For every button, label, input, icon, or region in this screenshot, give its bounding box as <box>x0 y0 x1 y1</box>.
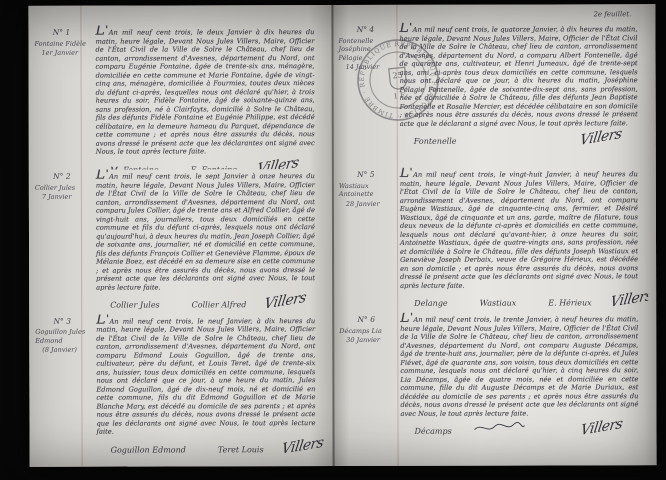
death-record-entry-4: N° 4 Fontenelle Joséphine Pélagie 14 Jan… <box>338 22 647 168</box>
entry-5-body-column: L'An mil neuf cent trois, le vingt-huit … <box>393 167 648 313</box>
register-page-right: 2e feuillet. N° 4 Fontenelle Joséphine P… <box>332 4 656 466</box>
entry-4-signatures: Fontenelle Villers <box>400 129 638 146</box>
right-page-entries: N° 4 Fontenelle Joséphine Pélagie 14 Jan… <box>332 4 656 466</box>
declarant-signature: Goguillon Edmond <box>111 445 186 454</box>
entry-2-margin-name: Collier Jules <box>35 183 89 192</box>
declarant-signature: Fontenelle <box>414 137 457 146</box>
declarant-signature: Collier Jules <box>110 301 160 310</box>
entry-1-act-text: L'An mil neuf cent trois, le deux Janvie… <box>95 25 314 156</box>
entry-4-number: N° 4 <box>338 26 392 35</box>
death-record-entry-2: N° 2 Collier Jules 7 Janvier L'An mil ne… <box>35 169 325 314</box>
register-page-left: N° 1 Fontaine Fidèle 1er Janvier L'An mi… <box>28 5 333 467</box>
officer-signature: Villers <box>263 290 307 313</box>
entry-6-margin: N° 6 Décamps Lia 30 Janvier <box>339 313 393 458</box>
entry-4-margin-name: Fontenelle Joséphine Pélagie <box>338 36 392 62</box>
entry-5-act-text: L'An mil neuf cent trois, le vingt-huit … <box>400 167 638 290</box>
entry-6-margin-name: Décamps Lia <box>339 326 393 335</box>
entry-1-signatures: M. Fontaine E. Fontaine Villers <box>96 158 315 170</box>
entry-2-body-column: L'An mil neuf cent trois, le sept Janvie… <box>89 169 325 314</box>
entry-4-margin: N° 4 Fontenelle Joséphine Pélagie 14 Jan… <box>338 23 392 168</box>
entry-1-margin: N° 1 Fontaine Fidèle 1er Janvier <box>34 26 88 170</box>
death-record-entry-5: N° 5 Wastiaux Antoinette 28 Janvier L'An… <box>339 167 648 313</box>
entry-6-body-column: L'An mil neuf cent trois, le trente Janv… <box>393 312 648 458</box>
register-photograph: N° 1 Fontaine Fidèle 1er Janvier L'An mi… <box>0 0 666 480</box>
death-record-entry-3: N° 3 Goguillon Jules Edmond (8 Janvier) … <box>35 314 325 459</box>
entry-2-signatures: Collier Jules Collier Alfred Villers <box>96 293 315 310</box>
entry-6-signatures: Décamps Villers <box>400 419 638 436</box>
entry-3-margin-date: (8 Janvier) <box>35 346 89 355</box>
declarant-signature: Collier Alfred <box>192 301 247 310</box>
entry-5-number: N° 5 <box>339 171 393 180</box>
death-record-entry-1: N° 1 Fontaine Fidèle 1er Janvier L'An mi… <box>34 25 324 170</box>
entry-4-margin-date: 14 Janvier <box>339 63 393 72</box>
entry-2-margin-date: 7 Janvier <box>35 193 89 202</box>
entry-4-body-column: L'An mil neuf cent trois, le quatorze Ja… <box>392 22 647 168</box>
entry-5-margin-date: 28 Janvier <box>339 199 393 208</box>
entry-1-margin-date: 1er Janvier <box>35 49 89 58</box>
entry-3-margin-name: Goguillon Jules Edmond <box>35 328 89 345</box>
entry-4-act-text: L'An mil neuf cent trois, le quatorze Ja… <box>399 22 637 128</box>
entry-1-number: N° 1 <box>34 29 88 38</box>
entry-6-margin-date: 30 Janvier <box>339 336 393 345</box>
declarant-signature: E. Hérieux <box>548 298 591 307</box>
entry-3-signatures: Goguillon Edmond Teret Louis Villers <box>97 438 316 455</box>
entry-5-margin-name: Wastiaux Antoinette <box>339 181 393 198</box>
declarant-signature: Teret Louis <box>218 445 264 454</box>
declarant-signature: Delange <box>414 299 448 308</box>
left-page-entries: N° 1 Fontaine Fidèle 1er Janvier L'An mi… <box>28 5 333 467</box>
entry-3-body-column: L'An mil neuf cent trois, le neuf Janvie… <box>89 314 325 459</box>
declarant-signature: Wastiaux <box>480 299 517 308</box>
officer-signature: Villers <box>256 154 300 170</box>
entry-6-act-text: L'An mil neuf cent trois, le trente Janv… <box>400 312 638 418</box>
officer-signature: Villers <box>609 288 649 311</box>
declarant-signature: Décamps <box>415 427 452 436</box>
signature-flourish <box>474 422 526 434</box>
entry-2-act-text: L'An mil neuf cent trois, le sept Janvie… <box>96 169 315 292</box>
register-spread: N° 1 Fontaine Fidèle 1er Janvier L'An mi… <box>28 4 656 467</box>
entry-6-number: N° 6 <box>339 316 393 325</box>
officer-signature: Villers <box>580 416 624 439</box>
officer-signature: Villers <box>281 434 325 457</box>
entry-2-number: N° 2 <box>35 173 89 182</box>
entry-5-margin: N° 5 Wastiaux Antoinette 28 Janvier <box>339 168 393 313</box>
entry-5-signatures: Delange Wastiaux E. Hérieux Villers <box>400 291 638 308</box>
entry-3-number: N° 3 <box>35 317 89 326</box>
entry-3-margin: N° 3 Goguillon Jules Edmond (8 Janvier) <box>35 314 89 458</box>
death-record-entry-6: N° 6 Décamps Lia 30 Janvier L'An mil neu… <box>339 312 648 458</box>
officer-signature: Villers <box>579 126 623 149</box>
entry-1-body-column: L'An mil neuf cent trois, le deux Janvie… <box>88 25 324 170</box>
entry-1-margin-name: Fontaine Fidèle <box>34 39 88 48</box>
entry-3-act-text: L'An mil neuf cent trois, le neuf Janvie… <box>96 314 315 437</box>
entry-2-margin: N° 2 Collier Jules 7 Janvier <box>35 170 89 314</box>
